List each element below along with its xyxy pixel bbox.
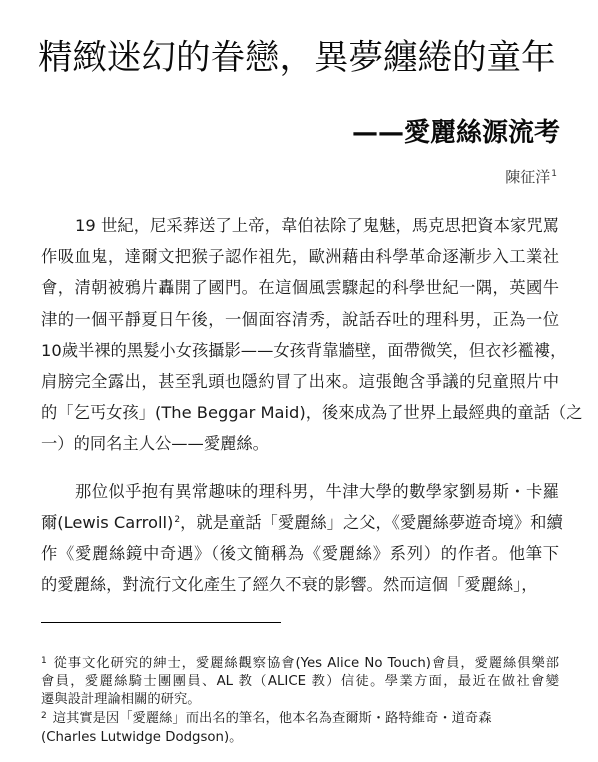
footnote-line: 遷與設計理論相關的研究。 xyxy=(41,691,559,708)
paragraph-line: 19 世紀，尼采葬送了上帝，韋伯祛除了鬼魅，馬克思把資本家咒罵 xyxy=(75,215,559,237)
footnote-number: 2 xyxy=(41,711,47,721)
footnote-line: (Charles Lutwidge Dodgson)。 xyxy=(41,729,559,746)
footnote-ref-2[interactable]: 2 xyxy=(174,515,180,525)
author-name: 陳征洋 xyxy=(505,168,550,186)
paragraph-line: 爾(Lewis Carroll)2，就是童話「愛麗絲」之父，《愛麗絲夢遊奇境》和… xyxy=(41,512,559,534)
footnote-separator xyxy=(41,622,281,623)
paragraph-line: 10歲半裸的黑髮小女孩攝影——女孩背靠牆壁，面帶微笑，但衣衫襤褸， xyxy=(41,340,559,362)
footnote-line: 2這其實是因「愛麗絲」而出名的筆名，他本名為查爾斯・路特維奇・道奇森 xyxy=(41,710,559,727)
footnote-ref-1[interactable]: 1 xyxy=(551,169,557,179)
paragraph-line: 作吸血鬼，達爾文把猴子認作祖先，歐洲藉由科學革命逐漸步入工業社 xyxy=(41,246,559,268)
footnote-text: 從事文化研究的紳士，愛麗絲觀察協會(Yes Alice No Touch)會員，… xyxy=(53,656,559,671)
paragraph-line: 那位似乎抱有異常趣味的理科男，牛津大學的數學家劉易斯・卡羅 xyxy=(75,481,559,503)
paragraph-line: 津的一個平靜夏日午後，一個面容清秀，說話吞吐的理科男，正為一位 xyxy=(41,309,559,331)
author-byline: 陳征洋1 xyxy=(505,167,557,187)
document-title: 精緻迷幻的眷戀，異夢纏綣的童年 xyxy=(38,38,558,78)
paragraph-line: 的愛麗絲，對流行文化產生了經久不衰的影響。然而這個「愛麗絲」， xyxy=(41,574,559,596)
paragraph-line-part: 爾(Lewis Carroll) xyxy=(41,513,173,532)
paragraph-line: 肩膀完全露出，甚至乳頭也隱約冒了出來。這張飽含爭議的兒童照片中 xyxy=(41,371,559,393)
footnote-line: 會員，愛麗絲騎士團團員、AL 教（ALICE 教）信徒。學業方面，最近在做社會變 xyxy=(41,673,559,690)
paragraph-line: 會，清朝被鴉片轟開了國門。在這個風雲驟起的科學世紀一隅，英國牛 xyxy=(41,277,559,299)
paragraph-line: 作《愛麗絲鏡中奇遇》（後文簡稱為《愛麗絲》系列）的作者。他筆下 xyxy=(41,543,559,565)
document-subtitle: ——愛麗絲源流考 xyxy=(352,117,560,149)
footnote-line: 1從事文化研究的紳士，愛麗絲觀察協會(Yes Alice No Touch)會員… xyxy=(41,655,559,672)
footnote-text: 這其實是因「愛麗絲」而出名的筆名，他本名為查爾斯・路特維奇・道奇森 xyxy=(53,711,492,726)
paragraph-line-part: ，就是童話「愛麗絲」之父，《愛麗絲夢遊奇境》和續 xyxy=(180,513,563,532)
paragraph-line: 一）的同名主人公——愛麗絲。 xyxy=(41,433,559,455)
footnote-number: 1 xyxy=(41,656,47,666)
paragraph-line: 的「乞丐女孩」(The Beggar Maid)，後來成為了世界上最經典的童話（… xyxy=(41,402,559,424)
document-page: 精緻迷幻的眷戀，異夢纏綣的童年 ——愛麗絲源流考 陳征洋1 19 世紀，尼采葬送… xyxy=(0,0,598,762)
